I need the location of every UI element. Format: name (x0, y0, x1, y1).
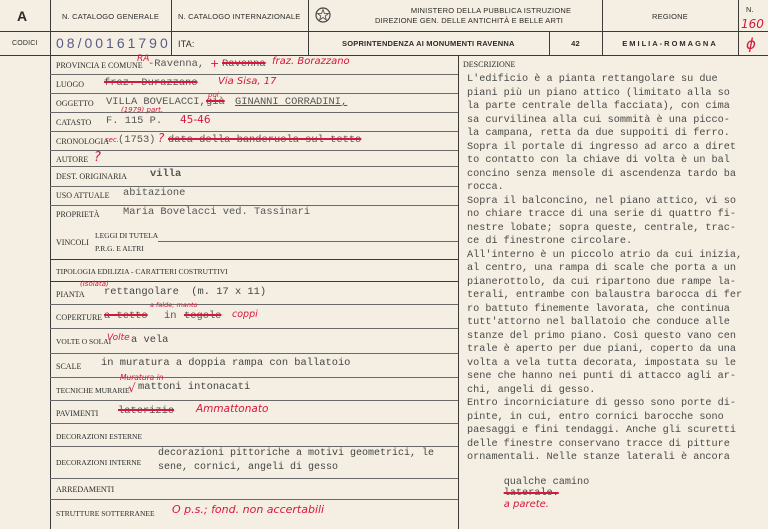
descrizione-last-line: qualche camino laterale. a parete. (467, 466, 589, 522)
descrizione-line: pianerottolo, da cui ripartono due rampe… (467, 277, 736, 288)
divider (171, 0, 172, 55)
cronologia-question: ? (158, 131, 164, 145)
n-value: 160 (741, 17, 764, 31)
soprintendenza: SOPRINTENDENZA AI MONUMENTI RAVENNA (342, 39, 515, 48)
coperture-insert: a falde; manto (150, 301, 197, 309)
proprieta-value: Maria Bovelacci ved. Tassinari (123, 206, 310, 218)
descrizione-last-struck: laterale. (504, 488, 559, 499)
tecniche-murarie-label: TECNICHE MURARIE (56, 386, 130, 395)
catasto-value: F. 115 P. (106, 115, 162, 127)
volte-value: a vela (131, 334, 168, 346)
oggetto-label: OGGETTO (56, 99, 94, 108)
luogo-label: LUOGO (56, 80, 84, 89)
divider (50, 0, 51, 529)
descrizione-last-correction: a parete. (504, 499, 549, 510)
descrizione-line: L'edificio è a pianta rettangolare su du… (467, 74, 718, 85)
n-label: N. (746, 5, 754, 14)
descrizione-line: paesaggi e fini tendaggi. Anche gli scur… (467, 425, 736, 436)
descrizione-line: to contatto con la chiave di volta è un … (467, 155, 730, 166)
coperture-struck: tegole (184, 310, 221, 322)
provincia-label: PROVINCIA E COMUNE (56, 61, 143, 70)
descrizione-line: rocca. (467, 182, 504, 193)
vincoli-leggi-label: LEGGI DI TUTELA (95, 231, 158, 240)
divider (738, 0, 739, 55)
descrizione-line: stanze del primo piano. Così questo vano… (467, 331, 736, 342)
descrizione-line: tutt'attorno nel ballatoio che conduce a… (467, 317, 730, 328)
proprieta-label: PROPRIETÀ (56, 210, 100, 219)
divider (458, 55, 459, 529)
provincia-correction: fraz. Borazzano (272, 56, 350, 67)
provincia-struck: Ravenna (222, 58, 266, 70)
descrizione-line: ce di finestrone circolare. (467, 236, 632, 247)
pianta-value: rettangolare (m. 17 x 11) (104, 286, 266, 298)
descrizione-line: volta a vela tutta decorata, impostata s… (467, 358, 736, 369)
oggetto-struck: già (206, 96, 225, 108)
strutture-value: O p.s.; fond. non accertabili (172, 503, 324, 516)
tecniche-value: mattoni intonacati (138, 381, 250, 393)
provincia-plus: + (210, 57, 219, 70)
autore-label: AUTORE (56, 155, 88, 164)
descrizione-line: concino senza mensole di ascendenza tard… (467, 169, 736, 180)
coperture-label: COPERTURE (56, 313, 102, 322)
vincoli-prg-label: P.R.G. E ALTRI (95, 244, 144, 253)
cronologia-struck: data della banderuola sul tetto (168, 134, 361, 146)
cronologia-annotation: sec. (105, 136, 119, 144)
catalogo-generale-label: N. CATALOGO GENERALE (62, 12, 159, 21)
scale-value: in muratura a doppia rampa con ballatoio (101, 357, 350, 369)
descrizione-last-typed: qualche camino (504, 477, 590, 488)
descrizione-line: sa curvilinea alla cui sommità è una pic… (467, 115, 730, 126)
luogo-struck: fraz. Durazzano (104, 77, 198, 89)
pavimenti-struck: laterizio (118, 405, 174, 417)
regione-label: REGIONE (602, 12, 738, 21)
descrizione-line: la campana, retta da due suppoiti di fer… (467, 128, 730, 139)
descrizione-line: Sopra il balconcino, nel piano attico, v… (467, 196, 736, 207)
catasto-annotation: (1979) part. (121, 106, 163, 114)
descrizione-line: la parte centrale della facciata), con c… (467, 101, 730, 112)
tipologia-heading: TIPOLOGIA EDILIZIA - CARATTERI COSTRUTTI… (56, 267, 228, 276)
uso-attuale-label: USO ATTUALE (56, 191, 110, 200)
descrizione-line: ro battuto finemente lavorata, che conti… (467, 304, 730, 315)
descrizione-line: chi, angeli di gesso. (467, 385, 595, 396)
volte-annotation: Volte (107, 333, 130, 343)
divider (0, 55, 768, 56)
descrizione-line: pinte, in cui, entro cornici barocche so… (467, 412, 724, 423)
cronologia-value: (1753) (118, 134, 155, 146)
n-mark: ϕ (746, 35, 756, 53)
cronologia-label: CRONOLOGIA (56, 137, 109, 146)
luogo-correction: Via Sisa, 17 (218, 76, 276, 87)
autore-value: ? (94, 150, 101, 165)
republic-emblem-icon (314, 6, 332, 24)
descrizione-line: al centro, una rampa di scale che porta … (467, 263, 736, 274)
coperture-correction: coppi (232, 309, 258, 320)
descrizione-line: no chiare tracce di una serie di quattro… (467, 209, 736, 220)
decorazioni-esterne-label: DECORAZIONI ESTERNE (56, 432, 142, 441)
insert-caret-icon: √ (128, 381, 136, 395)
descrizione-line: piani più un piano attico (limitato alla… (467, 88, 730, 99)
catasto-label: CATASTO (56, 118, 91, 127)
dest-originaria-value: villa (150, 168, 181, 180)
catalogo-internazionale-label: N. CATALOGO INTERNAZIONALE (178, 12, 300, 21)
descrizione-line: terali, entrambe con balaustra barocca d… (467, 290, 742, 301)
coperture-value: a tetto (104, 310, 148, 322)
dest-originaria-label: DEST. ORIGINARIA (56, 172, 127, 181)
catalog-card: A N. CATALOGO GENERALE N. CATALOGO INTER… (0, 0, 768, 529)
codici-label: CODICI (12, 40, 38, 47)
descrizione-line: All'interno è un piccolo atrio da cui in… (467, 250, 742, 261)
divider (308, 0, 309, 55)
uso-attuale-value: abitazione (123, 187, 185, 199)
volte-label: VOLTE o SOLAI (56, 337, 111, 346)
ministry-line-1: MINISTERO DELLA PUBBLICA ISTRUZIONE (380, 6, 602, 15)
provincia-value: -Ravenna, (148, 58, 204, 70)
vincoli-label: VINCOLI (56, 238, 89, 247)
decorazioni-interne-line-2: sene, cornici, angeli di gesso (158, 462, 338, 473)
divider (0, 31, 768, 32)
descrizione-label: DESCRIZIONE (463, 60, 515, 69)
arredamenti-label: ARREDAMENTI (56, 485, 114, 494)
descrizione-line: ornamentali. Nelle stanze laterali è anc… (467, 452, 730, 463)
pavimenti-correction: Ammattonato (196, 403, 268, 415)
regione-code: 42 (549, 39, 602, 48)
oggetto-value-2: GINANNI CORRADINI, (235, 96, 347, 108)
descrizione-line: Entro incorniciature di gesso sono porte… (467, 398, 736, 409)
descrizione-line: Sopra il portale di ingresso ad arco a d… (467, 142, 736, 153)
decorazioni-interne-label: DECORAZIONI INTERNE (56, 458, 141, 467)
regione-value: EMILIA-ROMAGNA (602, 39, 738, 48)
pavimenti-label: PAVIMENTI (56, 409, 98, 418)
ita-label: ITA: (178, 39, 195, 49)
strutture-sotterranee-label: STRUTTURE SOTTERRANEE (56, 509, 155, 518)
coperture-value-2: in (164, 310, 176, 322)
decorazioni-interne-line-1: decorazioni pittoriche a motivi geometri… (158, 448, 434, 459)
descrizione-line: sene che hanno nei punti di attacco agli… (467, 371, 736, 382)
scale-label: SCALE (56, 362, 81, 371)
ministry-line-2: DIREZIONE GEN. DELLE ANTICHITÀ E BELLE A… (336, 16, 602, 25)
descrizione-line: trale è aperto per due piani, coperto da… (467, 344, 736, 355)
descrizione-line: delle finestre conservano tracce di pitt… (467, 439, 730, 450)
codici-value: 08/00161790 (56, 35, 171, 51)
catasto-correction: 45-46 (180, 114, 211, 126)
descrizione-line: nestre lobate; sopra queste, centrale, t… (467, 223, 736, 234)
pianta-label: PIANTA (56, 290, 85, 299)
section-letter: A (17, 8, 27, 24)
